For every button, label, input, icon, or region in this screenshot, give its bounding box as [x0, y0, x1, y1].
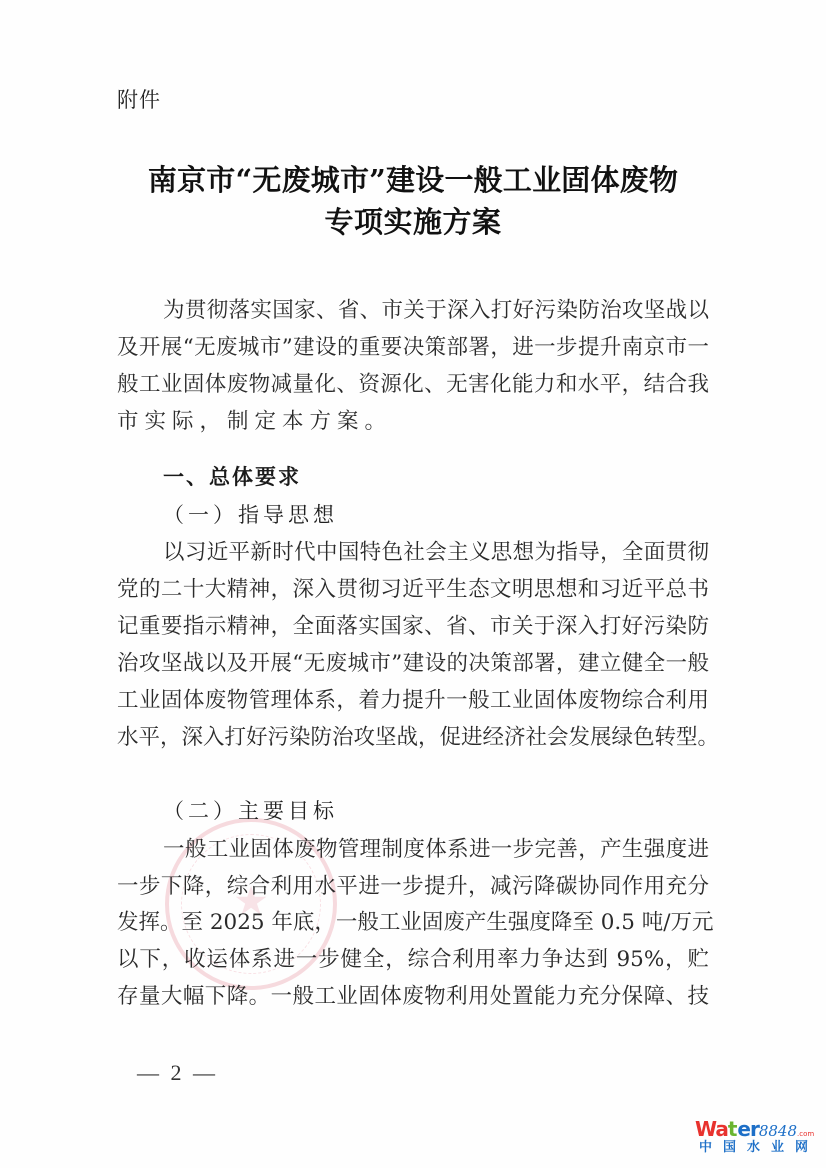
subsection-heading-main-goals: （二）主要目标 [163, 793, 338, 830]
guiding-line-5: 工业固体废物管理体系，着力提升一般工业固体废物综合利用 [117, 682, 709, 719]
watermark-wa: Wa [695, 1117, 728, 1141]
subsection-heading-guiding-ideology: （一）指导思想 [163, 497, 338, 534]
intro-line-1: 为贯彻落实国家、省、市关于深入打好污染防治攻坚战以 [163, 292, 709, 329]
guiding-line-1: 以习近平新时代中国特色社会主义思想为指导，全面贯彻 [163, 534, 709, 571]
document-title-line-2: 专项实施方案 [117, 202, 709, 242]
intro-line-2: 及开展“无废城市”建设的重要决策部署，进一步提升南京市一 [117, 329, 709, 366]
watermark-chinese-name: 中国水业网 [699, 1140, 819, 1156]
intro-line-3: 般工业固体废物减量化、资源化、无害化能力和水平，结合我 [117, 366, 709, 403]
document-title-line-1: 南京市“无废城市”建设一般工业固体废物 [117, 160, 709, 200]
document-page: 附件 南京市“无废城市”建设一般工业固体废物 专项实施方案 ★ 为贯彻落实国家、… [0, 0, 826, 1168]
intro-line-4: 市实际，制定本方案。 [117, 403, 709, 440]
page-number: — 2 — [137, 1058, 218, 1088]
section-heading-general-requirements: 一、总体要求 [163, 459, 301, 496]
goals-line-2: 一步下降，综合利用水平进一步提升，减污降碳协同作用充分 [117, 868, 709, 905]
watermark-t: t [728, 1117, 738, 1141]
goals-line-3: 发挥。至 2025 年底，一般工业固废产生强度降至 0.5 吨/万元 [117, 904, 709, 941]
attachment-label: 附件 [117, 87, 161, 113]
guiding-line-4: 治攻坚战以及开展“无废城市”建设的决策部署，建立健全一般 [117, 645, 709, 682]
goals-line-1: 一般工业固体废物管理制度体系进一步完善，产生强度进 [163, 831, 709, 868]
guiding-line-3: 记重要指示精神，全面落实国家、省、市关于深入打好污染防 [117, 608, 709, 645]
watermark-com: .com [797, 1130, 814, 1138]
goals-line-5: 存量大幅下降。一般工业固体废物利用处置能力充分保障、技 [117, 978, 709, 1015]
watermark-number: 8848 [759, 1122, 797, 1140]
goals-line-4: 以下，收运体系进一步健全，综合利用率力争达到 95%，贮 [117, 941, 709, 978]
guiding-line-6: 水平，深入打好污染防治攻坚战，促进经济社会发展绿色转型。 [117, 719, 709, 756]
watermark-er: er [737, 1117, 758, 1141]
water8848-watermark-logo: Water8848.com 中国水业网 [695, 1120, 823, 1160]
guiding-line-2: 党的二十大精神，深入贯彻习近平生态文明思想和习近平总书 [117, 571, 709, 608]
